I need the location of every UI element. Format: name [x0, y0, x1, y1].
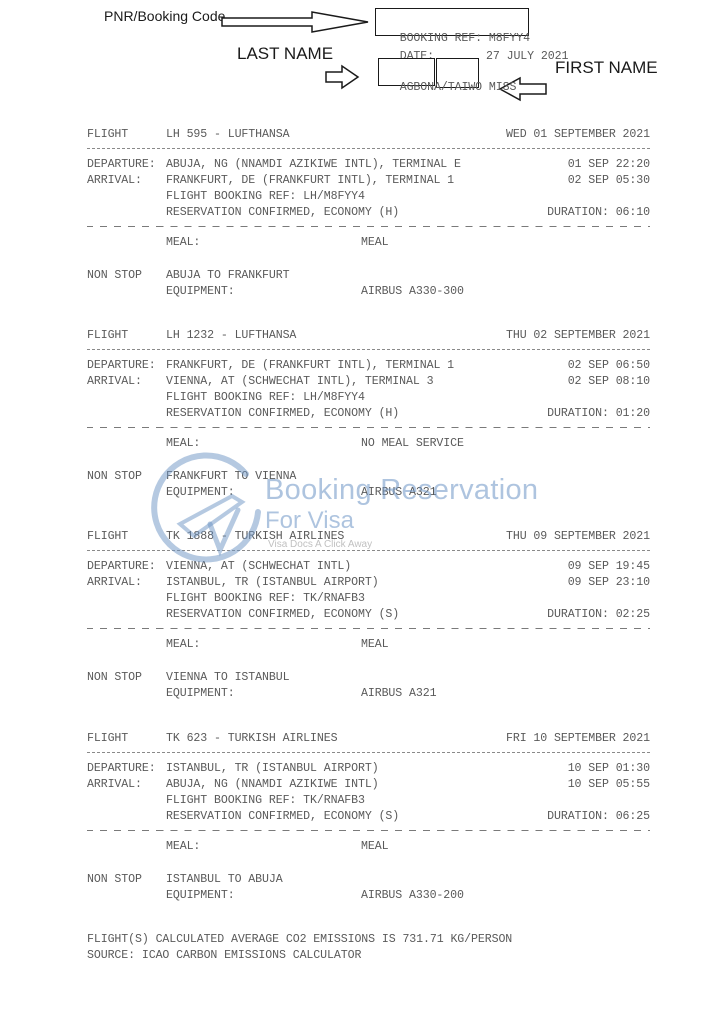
meal-label: MEAL:: [166, 637, 200, 652]
equipment-label: EQUIPMENT:: [166, 686, 235, 701]
equipment-label: EQUIPMENT:: [166, 485, 235, 500]
duration-label: DURATION:: [547, 206, 609, 219]
co2-source: SOURCE: ICAO CARBON EMISSIONS CALCULATOR: [87, 948, 361, 963]
flight-duration: DURATION: 06:10: [547, 205, 650, 220]
departure-label: DEPARTURE:: [87, 157, 156, 172]
divider: [87, 830, 650, 831]
departure-airport: ABUJA, NG (NNAMDI AZIKIWE INTL), TERMINA…: [166, 157, 461, 172]
reservation-status: RESERVATION CONFIRMED, ECONOMY (S): [166, 607, 399, 622]
flight-date: THU 09 SEPTEMBER 2021: [506, 529, 650, 544]
divider: [87, 226, 650, 227]
flight-duration: DURATION: 02:25: [547, 607, 650, 622]
flight-label: FLIGHT: [87, 127, 128, 142]
stops: NON STOP: [87, 469, 142, 484]
passenger-name: AGBONA/TAIWO MISS: [386, 65, 516, 80]
reservation-status: RESERVATION CONFIRMED, ECONOMY (H): [166, 406, 399, 421]
flight-duration: DURATION: 01:20: [547, 406, 650, 421]
pnr-annotation-label: PNR/Booking Code: [104, 8, 225, 24]
route: ABUJA TO FRANKFURT: [166, 268, 289, 283]
flight-booking-ref: FLIGHT BOOKING REF: LH/M8FYY4: [166, 189, 365, 204]
passenger-title: MISS: [489, 81, 516, 94]
divider: [87, 349, 650, 350]
arrival-airport: FRANKFURT, DE (FRANKFURT INTL), TERMINAL…: [166, 173, 454, 188]
arrival-airport: ISTANBUL, TR (ISTANBUL AIRPORT): [166, 575, 379, 590]
arrival-time: 02 SEP 08:10: [568, 374, 650, 389]
arrival-time: 02 SEP 05:30: [568, 173, 650, 188]
equipment-value: AIRBUS A321: [361, 686, 436, 701]
meal-value: MEAL: [361, 839, 388, 854]
duration-value: 02:25: [616, 608, 650, 621]
departure-airport: ISTANBUL, TR (ISTANBUL AIRPORT): [166, 761, 379, 776]
meal-value: MEAL: [361, 235, 388, 250]
meal-label: MEAL:: [166, 235, 200, 250]
departure-time: 10 SEP 01:30: [568, 761, 650, 776]
flight-label: FLIGHT: [87, 731, 128, 746]
flight-booking-ref-label: FLIGHT BOOKING REF:: [166, 592, 296, 605]
meal-label: MEAL:: [166, 839, 200, 854]
meal-label: MEAL:: [166, 436, 200, 451]
flight-booking-ref-label: FLIGHT BOOKING REF:: [166, 391, 296, 404]
arrow-right-icon: [220, 10, 370, 36]
departure-airport: FRANKFURT, DE (FRANKFURT INTL), TERMINAL…: [166, 358, 454, 373]
flight-booking-ref-value: TK/RNAFB3: [303, 592, 365, 605]
equipment-value: AIRBUS A330-200: [361, 888, 464, 903]
co2-emissions: FLIGHT(S) CALCULATED AVERAGE CO2 EMISSIO…: [87, 932, 512, 947]
flight-date: WED 01 SEPTEMBER 2021: [506, 127, 650, 142]
divider: [87, 628, 650, 629]
arrival-label: ARRIVAL:: [87, 374, 142, 389]
equipment-label: EQUIPMENT:: [166, 888, 235, 903]
watermark-tagline: Visa Docs A Click Away: [268, 539, 372, 550]
reservation-status: RESERVATION CONFIRMED, ECONOMY (S): [166, 809, 399, 824]
flight-number: LH 1232 - LUFTHANSA: [166, 328, 296, 343]
flight-booking-ref-label: FLIGHT BOOKING REF:: [166, 190, 296, 203]
route: VIENNA TO ISTANBUL: [166, 670, 289, 685]
equipment-label: EQUIPMENT:: [166, 284, 235, 299]
flight-date: FRI 10 SEPTEMBER 2021: [506, 731, 650, 746]
duration-label: DURATION:: [547, 608, 609, 621]
divider: [87, 427, 650, 428]
departure-time: 02 SEP 06:50: [568, 358, 650, 373]
booking-ref: BOOKING REF: M8FYY4: [386, 16, 530, 31]
flight-booking-ref-value: TK/RNAFB3: [303, 794, 365, 807]
divider: [87, 148, 650, 149]
flight-number: TK 623 - TURKISH AIRLINES: [166, 731, 337, 746]
stops: NON STOP: [87, 670, 142, 685]
first-name-annotation-label: FIRST NAME: [555, 58, 658, 78]
flight-date: THU 02 SEPTEMBER 2021: [506, 328, 650, 343]
reservation-status: RESERVATION CONFIRMED, ECONOMY (H): [166, 205, 399, 220]
duration-label: DURATION:: [547, 810, 609, 823]
arrival-time: 10 SEP 05:55: [568, 777, 650, 792]
duration-value: 06:25: [616, 810, 650, 823]
issue-date: DATE:27 JULY 2021: [386, 34, 568, 49]
duration-value: 06:10: [616, 206, 650, 219]
departure-airport: VIENNA, AT (SCHWECHAT INTL): [166, 559, 351, 574]
departure-label: DEPARTURE:: [87, 761, 156, 776]
arrival-time: 09 SEP 23:10: [568, 575, 650, 590]
stops: NON STOP: [87, 268, 142, 283]
duration-value: 01:20: [616, 407, 650, 420]
flight-booking-ref-value: LH/M8FYY4: [303, 391, 365, 404]
divider: [87, 550, 650, 551]
stops: NON STOP: [87, 872, 142, 887]
arrival-label: ARRIVAL:: [87, 575, 142, 590]
departure-label: DEPARTURE:: [87, 358, 156, 373]
flight-number: LH 595 - LUFTHANSA: [166, 127, 289, 142]
flight-label: FLIGHT: [87, 328, 128, 343]
arrival-airport: VIENNA, AT (SCHWECHAT INTL), TERMINAL 3: [166, 374, 433, 389]
last-name: AGBONA: [400, 81, 441, 94]
date-value: 27 JULY 2021: [486, 50, 568, 63]
equipment-value: AIRBUS A330-300: [361, 284, 464, 299]
flight-booking-ref: FLIGHT BOOKING REF: TK/RNAFB3: [166, 793, 365, 808]
divider: [87, 752, 650, 753]
flight-duration: DURATION: 06:25: [547, 809, 650, 824]
watermark-subtitle: For Visa: [265, 507, 354, 535]
flight-booking-ref-value: LH/M8FYY4: [303, 190, 365, 203]
departure-time: 01 SEP 22:20: [568, 157, 650, 172]
flight-booking-ref: FLIGHT BOOKING REF: TK/RNAFB3: [166, 591, 365, 606]
departure-label: DEPARTURE:: [87, 559, 156, 574]
duration-label: DURATION:: [547, 407, 609, 420]
arrival-airport: ABUJA, NG (NNAMDI AZIKIWE INTL): [166, 777, 379, 792]
first-name: TAIWO: [448, 81, 482, 94]
flight-booking-ref-label: FLIGHT BOOKING REF:: [166, 794, 296, 807]
meal-value: NO MEAL SERVICE: [361, 436, 464, 451]
arrival-label: ARRIVAL:: [87, 173, 142, 188]
route: ISTANBUL TO ABUJA: [166, 872, 283, 887]
departure-time: 09 SEP 19:45: [568, 559, 650, 574]
flight-booking-ref: FLIGHT BOOKING REF: LH/M8FYY4: [166, 390, 365, 405]
flight-label: FLIGHT: [87, 529, 128, 544]
last-name-annotation-label: LAST NAME: [237, 44, 333, 64]
meal-value: MEAL: [361, 637, 388, 652]
watermark-title: Booking Reservation: [265, 474, 538, 507]
arrow-right-icon: [324, 64, 360, 90]
arrival-label: ARRIVAL:: [87, 777, 142, 792]
